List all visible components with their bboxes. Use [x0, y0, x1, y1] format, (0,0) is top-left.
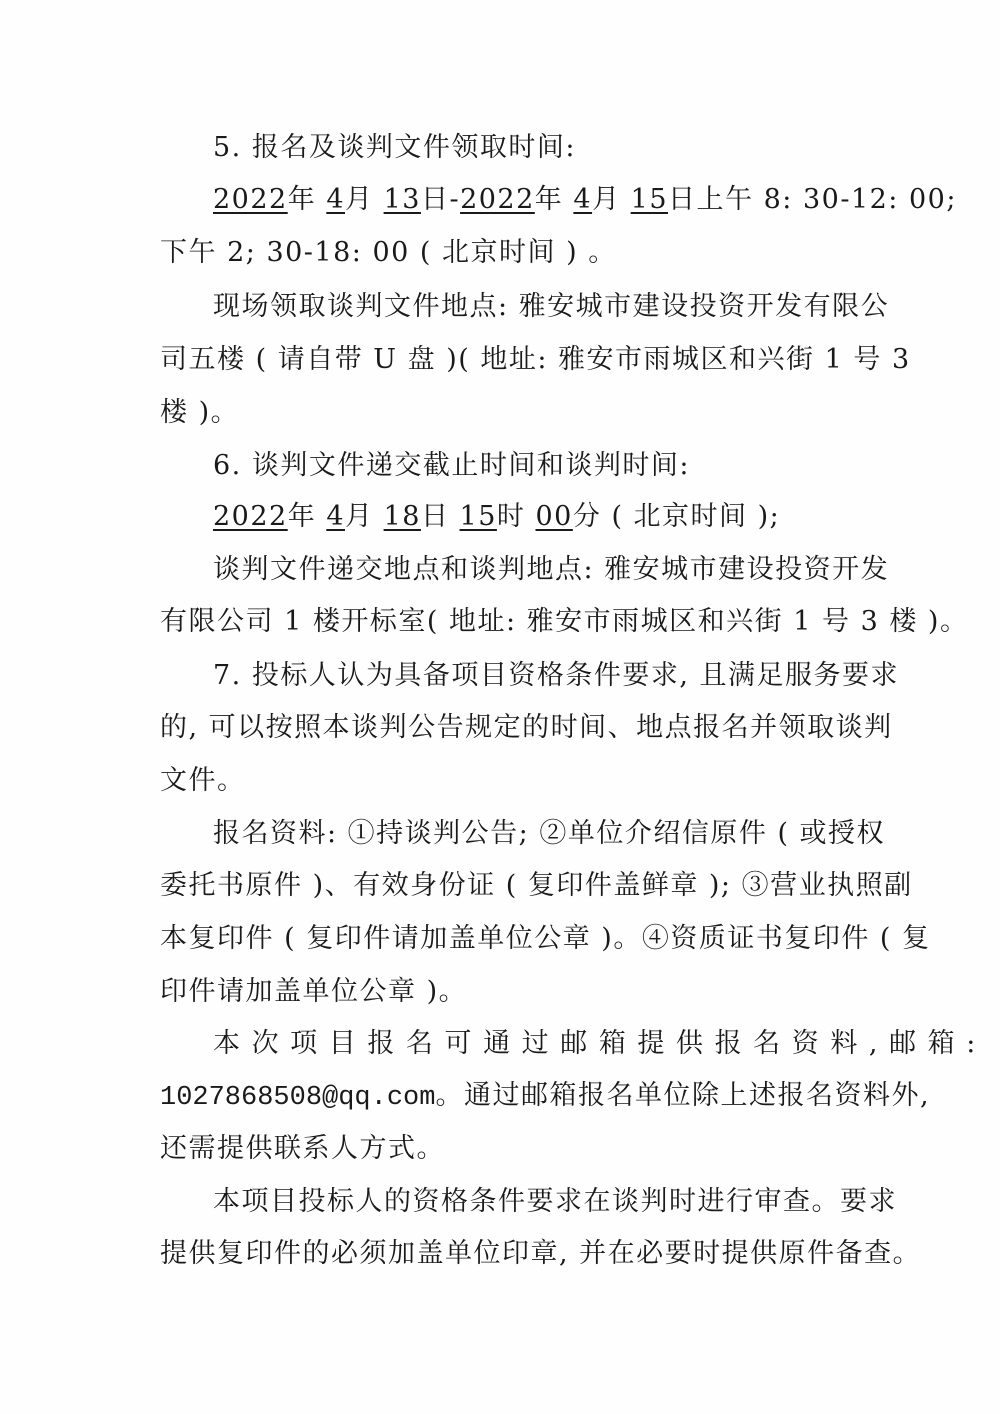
email-address: 1027868508@qq.com: [160, 1083, 435, 1113]
morning-hours: 日上午 8: 30-12: 00;: [668, 184, 957, 215]
end-day: 15: [631, 184, 668, 215]
start-month: 4: [326, 184, 345, 215]
year-label: 年: [535, 184, 564, 215]
email-line1: 本 次 项 目 报 名 可 通 过 邮 箱 提 供 报 名 资 料 , 邮 箱 …: [213, 1027, 863, 1061]
start-year: 2022: [213, 184, 288, 215]
deadline-hour: 15: [460, 501, 497, 532]
email-line3: 还需提供联系人方式。: [160, 1132, 860, 1166]
section5-afternoon-hours: 下午 2; 30-18: 00 ( 北京时间 ) 。: [160, 236, 860, 270]
hour-label: 时: [497, 501, 526, 532]
minute-label: 分 ( 北京时间 );: [573, 501, 780, 532]
deadline-month: 4: [326, 501, 345, 532]
section5-location-line1: 现场领取谈判文件地点: 雅安城市建设投资开发有限公: [213, 290, 863, 324]
deadline-day: 18: [384, 501, 421, 532]
day-dash-label: 日-: [421, 184, 460, 215]
section6-heading: 6. 谈判文件递交截止时间和谈判时间:: [213, 449, 863, 483]
month-label: 月: [345, 184, 374, 215]
section5-schedule-line: 2022年 4月 13日-2022年 4月 15日上午 8: 30-12: 00…: [213, 183, 863, 217]
section7-line1: 7. 投标人认为具备项目资格条件要求, 且满足服务要求: [213, 659, 863, 693]
email-line2: 1027868508@qq.com。通过邮箱报名单位除上述报名资料外,: [160, 1079, 860, 1115]
materials-line4: 印件请加盖单位公章 )。: [160, 975, 860, 1009]
start-day: 13: [384, 184, 421, 215]
section6-place-line1: 谈判文件递交地点和谈判地点: 雅安城市建设投资开发: [213, 553, 863, 587]
section6-place-line2: 有限公司 1 楼开标室( 地址: 雅安市雨城区和兴街 1 号 3 楼 )。: [160, 605, 860, 639]
materials-line3: 本复印件 ( 复印件请加盖单位公章 )。④资质证书复印件 ( 复: [160, 922, 860, 956]
end-year: 2022: [460, 184, 535, 215]
section6-deadline-line: 2022年 4月 18日 15时 00分 ( 北京时间 );: [213, 500, 863, 534]
section7-line3: 文件。: [160, 764, 860, 798]
section5-location-line3: 楼 )。: [160, 396, 860, 430]
review-line1: 本项目投标人的资格条件要求在谈判时进行审查。要求: [213, 1185, 863, 1219]
end-month: 4: [573, 184, 592, 215]
section5-heading: 5. 报名及谈判文件领取时间:: [213, 131, 863, 165]
deadline-minute: 00: [536, 501, 573, 532]
review-line2: 提供复印件的必须加盖单位印章, 并在必要时提供原件备查。: [160, 1237, 860, 1271]
materials-line1: 报名资料: ①持谈判公告; ②单位介绍信原件 ( 或授权: [213, 817, 863, 851]
section5-location-line2: 司五楼 ( 请自带 U 盘 )( 地址: 雅安市雨城区和兴街 1 号 3: [160, 343, 860, 377]
year-label: 年: [288, 501, 317, 532]
month-label: 月: [345, 501, 374, 532]
day-label: 日: [421, 501, 450, 532]
month-label: 月: [592, 184, 621, 215]
year-label: 年: [288, 184, 317, 215]
section7-line2: 的, 可以按照本谈判公告规定的时间、地点报名并领取谈判: [160, 711, 860, 745]
document-page: 5. 报名及谈判文件领取时间: 2022年 4月 13日-2022年 4月 15…: [0, 0, 1000, 1414]
materials-line2: 委托书原件 )、有效身份证 ( 复印件盖鲜章 ); ③营业执照副: [160, 869, 860, 903]
deadline-year: 2022: [213, 501, 288, 532]
email-line2-rest: 。通过邮箱报名单位除上述报名资料外,: [435, 1080, 930, 1111]
